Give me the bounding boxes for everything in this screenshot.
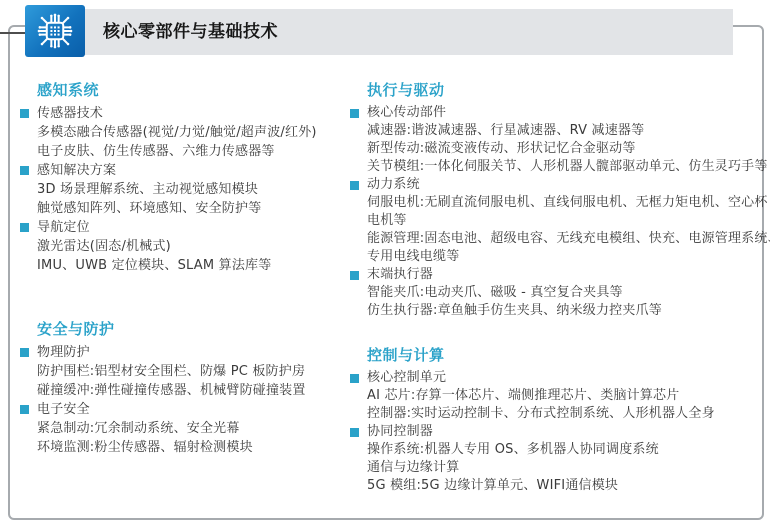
list-line: 多模态融合传感器(视觉/力觉/触觉/超声波/红外) (20, 123, 342, 142)
list-line: 协同控制器 (350, 423, 758, 441)
line-text: 3D 场景理解系统、主动视觉感知模块 (37, 182, 258, 197)
mindmap-connector-line (0, 32, 27, 34)
list-line: 通信与边缘计算 (350, 459, 758, 477)
list-line: 激光雷达(固态/机械式) (20, 237, 342, 256)
bullet-square-icon (350, 271, 359, 280)
line-text: 关节模组:一体化伺服关节、人形机器人髋部驱动单元、仿生灵巧手等 (367, 159, 768, 174)
list-line: 3D 场景理解系统、主动视觉感知模块 (20, 180, 342, 199)
section-title: 安全与防护 (20, 321, 342, 337)
line-text: 核心控制单元 (367, 370, 446, 385)
bullet-square-icon (350, 428, 359, 437)
line-text: 环境监测:粉尘传感器、辐射检测模块 (37, 440, 253, 455)
bullet-square-icon (20, 109, 29, 118)
section-title: 执行与驱动 (350, 82, 758, 98)
section-title: 感知系统 (20, 82, 342, 98)
list-line: 末端执行器 (350, 266, 758, 284)
bullet-square-icon (350, 181, 359, 190)
line-text: 协同控制器 (367, 424, 433, 439)
column-right: 执行与驱动核心传动部件减速器:谐波减速器、行星减速器、RV 减速器等新型传动:磁… (350, 82, 758, 495)
line-text: 紧急制动:冗余制动系统、安全光幕 (37, 421, 240, 436)
list-line: 核心控制单元 (350, 369, 758, 387)
section-title: 控制与计算 (350, 347, 758, 363)
list-line: AI 芯片:存算一体芯片、端侧推理芯片、类脑计算芯片 (350, 387, 758, 405)
line-text: 激光雷达(固态/机械式) (37, 239, 171, 254)
list-line: 能源管理:固态电池、超级电容、无线充电模组、快充、电源管理系统、 (350, 230, 758, 248)
line-text: 末端执行器 (367, 267, 433, 282)
line-text: 电机等 (367, 213, 407, 228)
chip-icon-glyph (33, 9, 77, 53)
line-text: 动力系统 (367, 177, 420, 192)
list-line: 控制器:实时运动控制卡、分布式控制系统、人形机器人全身 (350, 405, 758, 423)
line-text: 碰撞缓冲:弹性碰撞传感器、机械臂防碰撞装置 (37, 383, 306, 398)
section-left-0: 感知系统传感器技术多模态融合传感器(视觉/力觉/触觉/超声波/红外)电子皮肤、仿… (20, 82, 342, 275)
list-line: 专用电线电缆等 (350, 248, 758, 266)
bullet-square-icon (20, 166, 29, 175)
column-left: 感知系统传感器技术多模态融合传感器(视觉/力觉/触觉/超声波/红外)电子皮肤、仿… (20, 82, 342, 457)
bullet-square-icon (350, 109, 359, 118)
line-text: 减速器:谐波减速器、行星减速器、RV 减速器等 (367, 123, 644, 138)
line-text: 多模态融合传感器(视觉/力觉/触觉/超声波/红外) (37, 125, 317, 140)
list-line: 动力系统 (350, 176, 758, 194)
line-text: 通信与边缘计算 (367, 460, 459, 475)
list-line: 紧急制动:冗余制动系统、安全光幕 (20, 419, 342, 438)
line-text: 电子皮肤、仿生传感器、六维力传感器等 (37, 144, 275, 159)
list-line: 传感器技术 (20, 104, 342, 123)
list-line: 新型传动:磁流变液传动、形状记忆合金驱动等 (350, 140, 758, 158)
line-text: 触觉感知阵列、环境感知、安全防护等 (37, 201, 261, 216)
line-text: 操作系统:机器人专用 OS、多机器人协同调度系统 (367, 442, 659, 457)
line-text: 5G 模组:5G 边缘计算单元、WIFI通信模块 (367, 478, 618, 493)
chip-icon (25, 5, 85, 57)
list-line: 伺服电机:无刷直流伺服电机、直线伺服电机、无框力矩电机、空心杯 (350, 194, 758, 212)
list-line: 触觉感知阵列、环境感知、安全防护等 (20, 199, 342, 218)
list-line: 环境监测:粉尘传感器、辐射检测模块 (20, 438, 342, 457)
line-text: 新型传动:磁流变液传动、形状记忆合金驱动等 (367, 141, 636, 156)
line-text: IMU、UWB 定位模块、SLAM 算法库等 (37, 258, 271, 273)
line-text: 专用电线电缆等 (367, 249, 459, 264)
section-left-1: 安全与防护物理防护防护围栏:铝型材安全围栏、防爆 PC 板防护房碰撞缓冲:弹性碰… (20, 321, 342, 457)
line-text: 电子安全 (37, 402, 90, 417)
list-line: 感知解决方案 (20, 161, 342, 180)
list-line: IMU、UWB 定位模块、SLAM 算法库等 (20, 256, 342, 275)
section-right-1: 控制与计算核心控制单元AI 芯片:存算一体芯片、端侧推理芯片、类脑计算芯片控制器… (350, 347, 758, 495)
line-text: 核心传动部件 (367, 105, 446, 120)
line-text: 物理防护 (37, 345, 90, 360)
line-text: AI 芯片:存算一体芯片、端侧推理芯片、类脑计算芯片 (367, 388, 679, 403)
list-line: 核心传动部件 (350, 104, 758, 122)
list-line: 电子安全 (20, 400, 342, 419)
list-line: 电机等 (350, 212, 758, 230)
bullet-square-icon (20, 405, 29, 414)
list-line: 操作系统:机器人专用 OS、多机器人协同调度系统 (350, 441, 758, 459)
list-line: 物理防护 (20, 343, 342, 362)
line-text: 传感器技术 (37, 106, 103, 121)
list-line: 电子皮肤、仿生传感器、六维力传感器等 (20, 142, 342, 161)
list-line: 减速器:谐波减速器、行星减速器、RV 减速器等 (350, 122, 758, 140)
list-line: 碰撞缓冲:弹性碰撞传感器、机械臂防碰撞装置 (20, 381, 342, 400)
bullet-square-icon (20, 348, 29, 357)
bullet-square-icon (350, 374, 359, 383)
line-text: 感知解决方案 (37, 163, 116, 178)
bullet-square-icon (20, 223, 29, 232)
list-line: 5G 模组:5G 边缘计算单元、WIFI通信模块 (350, 477, 758, 495)
line-text: 控制器:实时运动控制卡、分布式控制系统、人形机器人全身 (367, 406, 715, 421)
list-line: 防护围栏:铝型材安全围栏、防爆 PC 板防护房 (20, 362, 342, 381)
line-text: 伺服电机:无刷直流伺服电机、直线伺服电机、无框力矩电机、空心杯 (367, 195, 768, 210)
line-text: 导航定位 (37, 220, 90, 235)
line-text: 能源管理:固态电池、超级电容、无线充电模组、快充、电源管理系统、 (367, 231, 770, 246)
list-line: 导航定位 (20, 218, 342, 237)
page-title: 核心零部件与基础技术 (103, 9, 278, 55)
line-text: 智能夹爪:电动夹爪、磁吸 - 真空复合夹具等 (367, 285, 623, 300)
list-line: 智能夹爪:电动夹爪、磁吸 - 真空复合夹具等 (350, 284, 758, 302)
list-line: 仿生执行器:章鱼触手仿生夹具、纳米级力控夹爪等 (350, 302, 758, 320)
section-right-0: 执行与驱动核心传动部件减速器:谐波减速器、行星减速器、RV 减速器等新型传动:磁… (350, 82, 758, 320)
list-line: 关节模组:一体化伺服关节、人形机器人髋部驱动单元、仿生灵巧手等 (350, 158, 758, 176)
line-text: 防护围栏:铝型材安全围栏、防爆 PC 板防护房 (37, 364, 305, 379)
line-text: 仿生执行器:章鱼触手仿生夹具、纳米级力控夹爪等 (367, 303, 662, 318)
